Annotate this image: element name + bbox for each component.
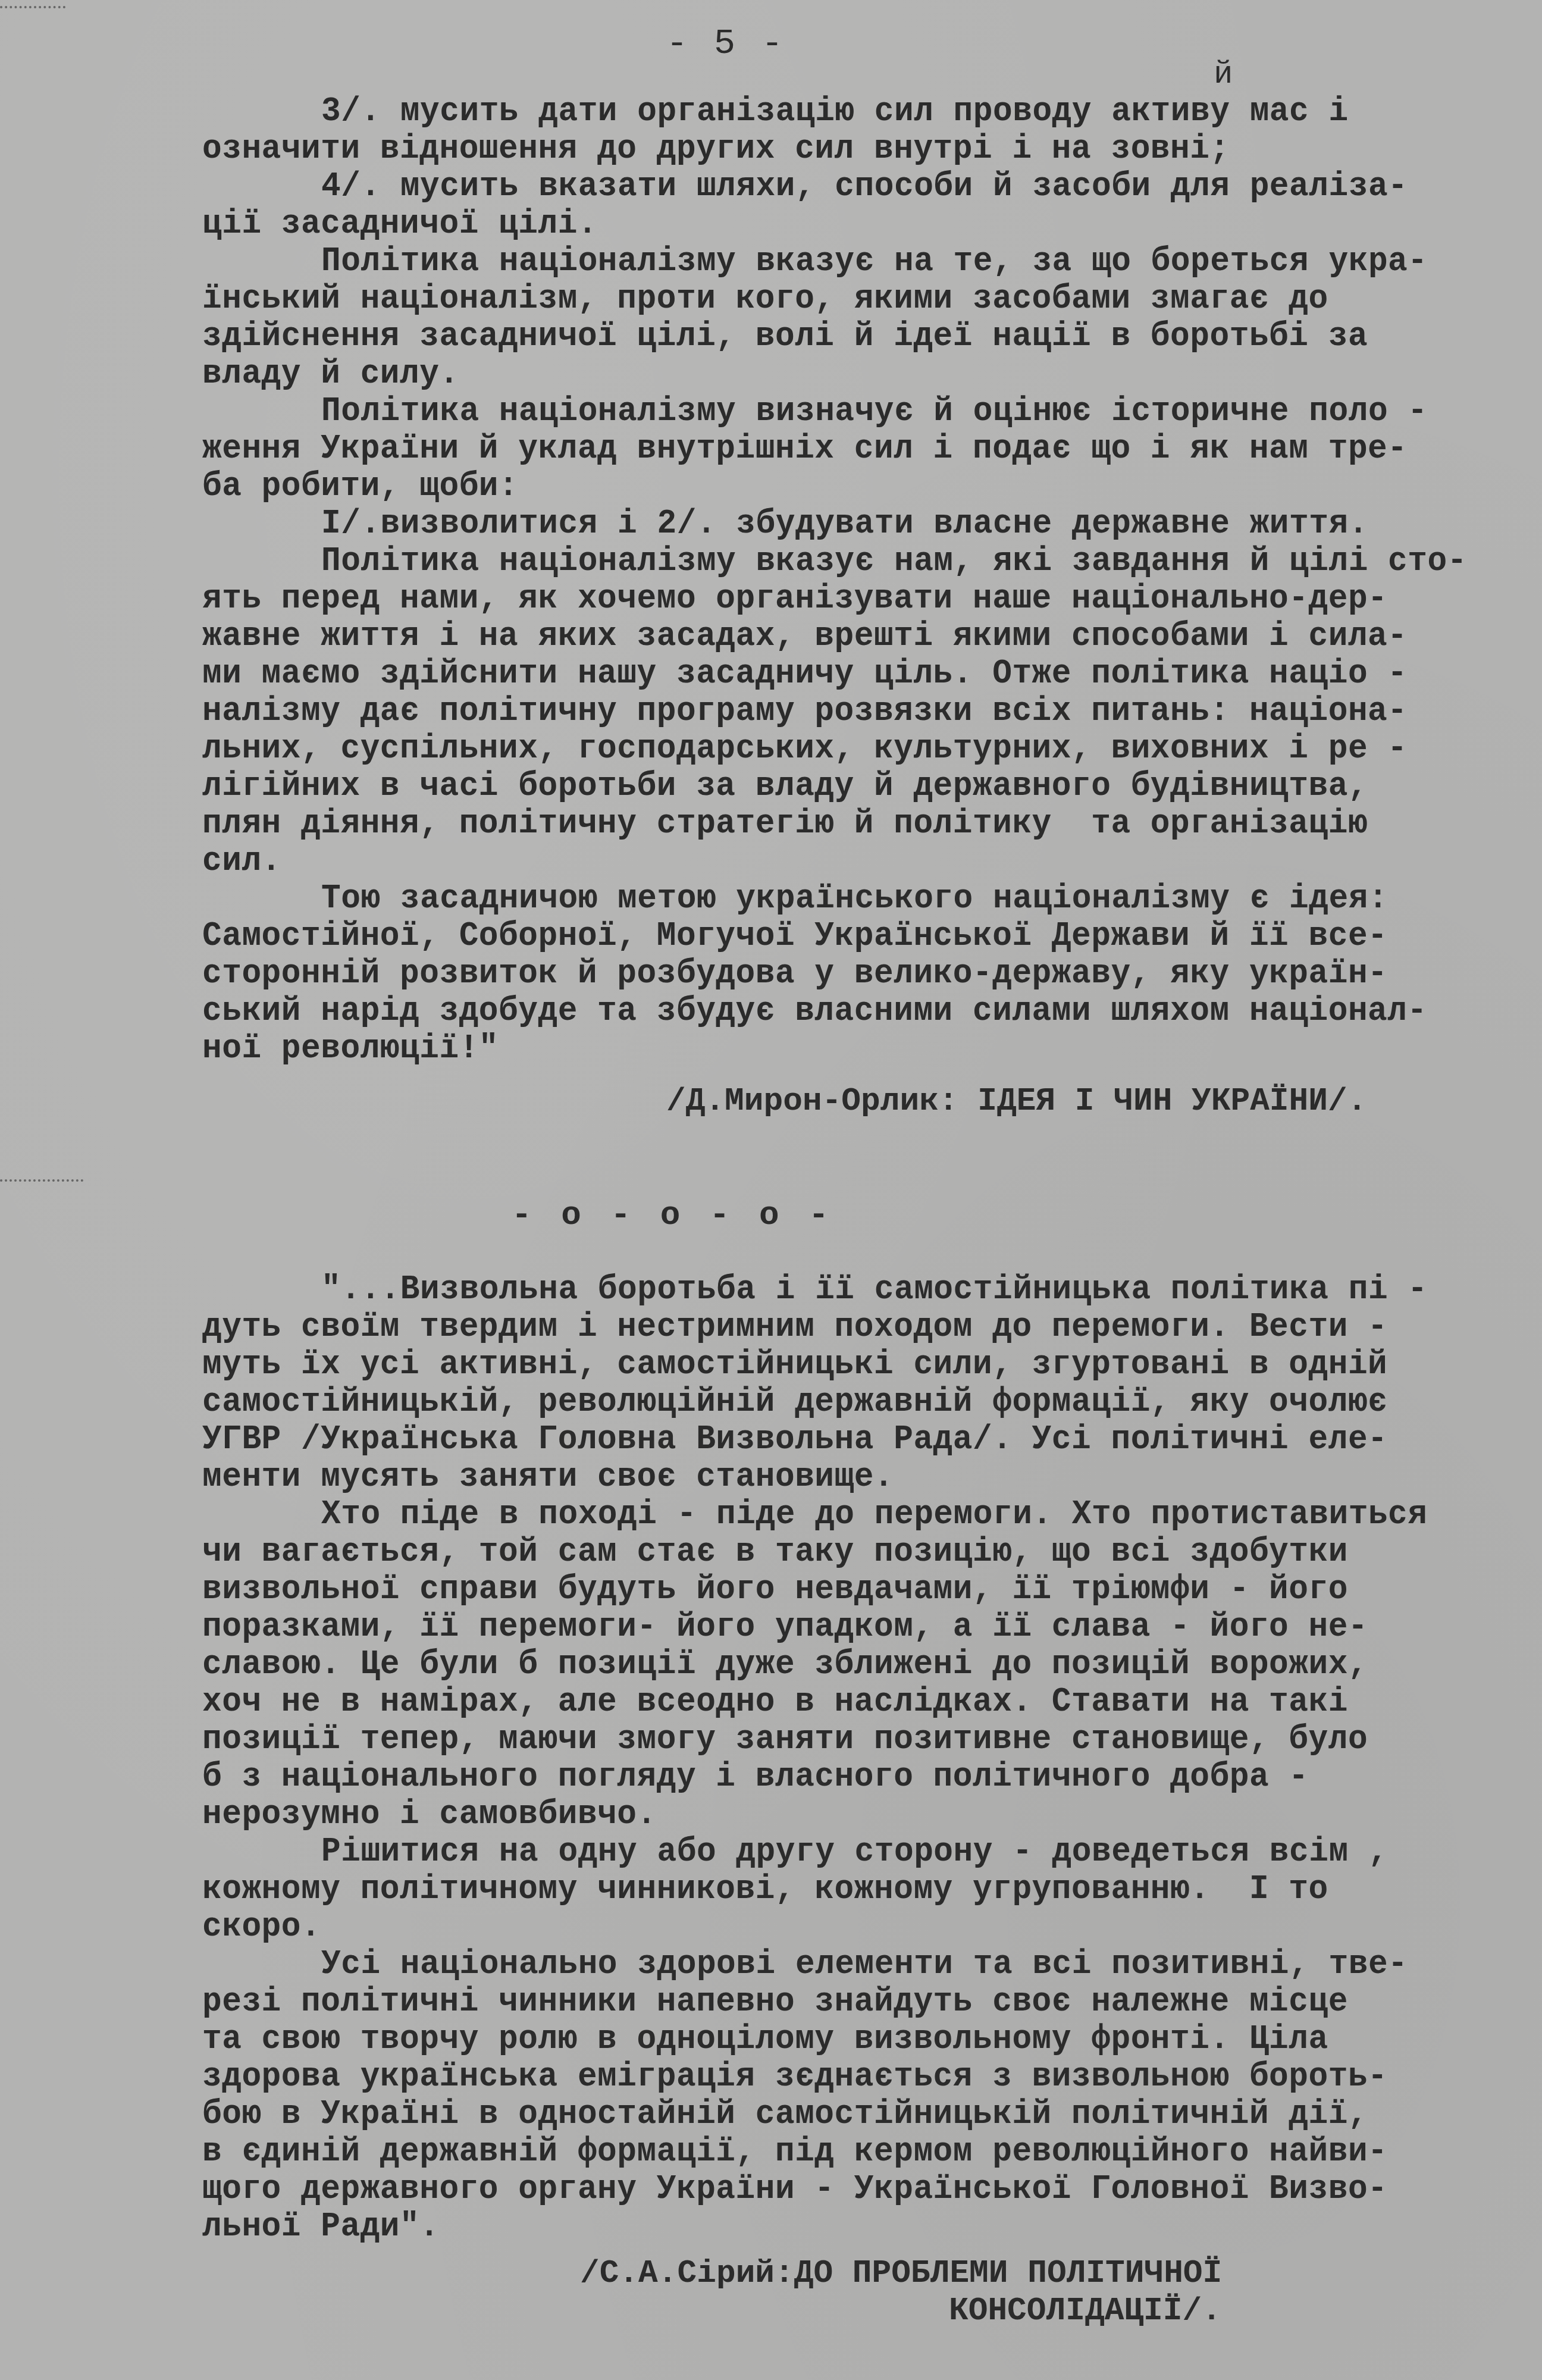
text-line: дуть своїм твердим і нестримним походом … <box>202 1308 1499 1347</box>
text-line: льних, суспільних, господарських, культу… <box>202 729 1499 769</box>
text-line: ять перед нами, як хочемо організувати н… <box>202 580 1499 619</box>
text-line: 4/. мусить вказати шляхи, способи й засо… <box>202 167 1499 206</box>
text-line: Політика націоналізму визначує й оцінює … <box>202 392 1499 431</box>
text-line: Рішитися на одну або другу сторону - дов… <box>202 1833 1499 1872</box>
text-line: УГВР /Українська Головна Визвольна Рада/… <box>202 1420 1499 1460</box>
text-line: славою. Це були б позиції дуже зближені … <box>202 1645 1499 1684</box>
text-line: поразками, її перемоги- його упадком, а … <box>202 1608 1499 1647</box>
text-line: 3/. мусить дати організацію сил проводу … <box>202 92 1499 131</box>
text-line: визвольної справи будуть його невдачами,… <box>202 1570 1499 1609</box>
text-line: здорова українська еміграція зєднається … <box>202 2058 1499 2097</box>
text-line: Політика націоналізму вказує нам, які за… <box>202 542 1499 581</box>
section-2-signature-line-1: /С.А.Сірий:ДО ПРОБЛЕМИ ПОЛІТИЧНОЇ <box>580 2255 1222 2293</box>
text-line: нерозумно і самовбивчо. <box>202 1795 1499 1834</box>
text-line: в єдиній державній формації, під кермом … <box>202 2132 1499 2172</box>
text-line: ський нарід здобуде та збудує власними с… <box>202 992 1499 1031</box>
section-1-signature: /Д.Мирон-Орлик: ІДЕЯ І ЧИН УКРАЇНИ/. <box>666 1083 1367 1120</box>
text-line: Усі національно здорові елементи та всі … <box>202 1945 1499 1984</box>
text-line: налізму дає політичну програму розвязки … <box>202 692 1499 731</box>
text-line: б з національного погляду і власного пол… <box>202 1758 1499 1797</box>
text-line: I/.визволитися і 2/. збудувати власне де… <box>202 505 1499 544</box>
text-line: Самостійної, Соборної, Могучої Українськ… <box>202 917 1499 956</box>
text-line: кожному політичному чинникові, кожному у… <box>202 1870 1499 1909</box>
page-number: - 5 - <box>666 24 785 64</box>
text-line: щого державного органу України - Українс… <box>202 2170 1499 2209</box>
text-line: Хто піде в поході - піде до перемоги. Хт… <box>202 1495 1499 1535</box>
text-line: ба робити, щоби: <box>202 467 1499 506</box>
text-line: менти мусять заняти своє становище. <box>202 1458 1499 1497</box>
left-margin-dotted-rule-middle <box>0 1179 83 1182</box>
text-line: Політика націоналізму вказує на те, за щ… <box>202 242 1499 281</box>
text-line: владу й силу. <box>202 355 1499 394</box>
text-line: льної Ради". <box>202 2207 1499 2247</box>
text-line: резі політичні чинники напевно знайдуть … <box>202 1983 1499 2022</box>
text-line: скоро. <box>202 1908 1499 1947</box>
text-line: означити відношення до других сил внутрі… <box>202 130 1499 169</box>
text-line: їнський націоналізм, проти кого, якими з… <box>202 280 1499 319</box>
text-line: та свою творчу ролю в одноцілому визволь… <box>202 2020 1499 2059</box>
typed-correction-mark: й <box>1214 57 1233 93</box>
text-line: здійснення засадничої цілі, волі й ідеї … <box>202 317 1499 356</box>
text-line: Тою засадничою метою українського націон… <box>202 879 1499 919</box>
section-2-body: "...Визвольна боротьба і її самостійниць… <box>202 1270 1499 2245</box>
document-page: - 5 - й 3/. мусить дати організацію сил … <box>0 0 1542 2380</box>
text-line: сторонній розвиток й розбудова у велико-… <box>202 954 1499 994</box>
text-line: ної революції!" <box>202 1029 1499 1069</box>
text-line: лігійних в часі боротьби за владу й держ… <box>202 767 1499 806</box>
text-line: позиції тепер, маючи змогу заняти позити… <box>202 1720 1499 1759</box>
text-line: ження України й уклад внутрішніх сил і п… <box>202 430 1499 469</box>
text-line: ми маємо здійснити нашу засадничу ціль. … <box>202 654 1499 694</box>
text-line: "...Визвольна боротьба і її самостійниць… <box>202 1270 1499 1310</box>
text-line: плян діяння, політичну стратегію й політ… <box>202 804 1499 844</box>
section-1-body: 3/. мусить дати організацію сил проводу … <box>202 92 1499 1067</box>
text-line: бою в Україні в одностайній самостійниць… <box>202 2095 1499 2134</box>
section-separator: - o - o - o - <box>512 1196 833 1234</box>
text-line: сил. <box>202 842 1499 881</box>
text-line: жавне життя і на яких засадах, врешті як… <box>202 617 1499 656</box>
text-line: самостійницькій, революційній державній … <box>202 1383 1499 1422</box>
section-2-signature-line-2: КОНСОЛІДАЦІЇ/. <box>949 2293 1221 2330</box>
text-line: муть їх усі активні, самостійницькі сили… <box>202 1345 1499 1385</box>
left-margin-dotted-rule-top <box>0 6 65 8</box>
text-line: хоч не в намірах, але всеодно в наслідка… <box>202 1683 1499 1722</box>
text-line: чи вагається, той сам стає в таку позиці… <box>202 1533 1499 1572</box>
text-line: ції засадничої цілі. <box>202 205 1499 244</box>
